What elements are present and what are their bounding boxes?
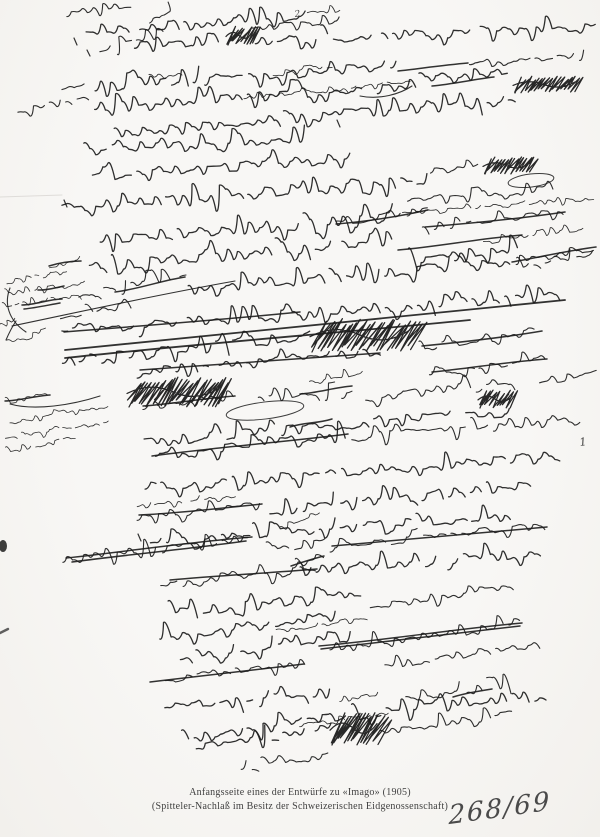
- svg-text:1: 1: [579, 435, 588, 449]
- manuscript-handwriting-scan: 21: [0, 0, 600, 837]
- svg-text:2: 2: [293, 9, 301, 20]
- manuscript-page: 21 Anfangsseite eines der Entwürfe zu «I…: [0, 0, 600, 837]
